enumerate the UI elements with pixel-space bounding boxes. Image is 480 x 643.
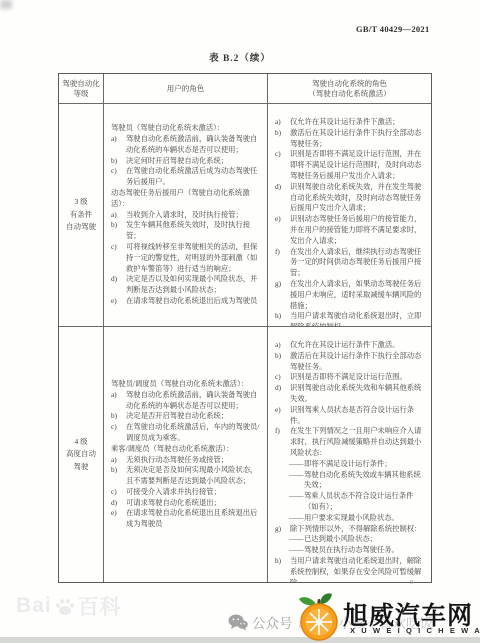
header-cell-system-role: 驾驶自动化系统的角色（驾驶自动化系统激活） [267, 74, 431, 103]
list-item-label: d) [111, 274, 126, 296]
list-item-label: e) [111, 296, 126, 307]
list-item: b)激活后在其设计运行条件下执行全部动态驾驶任务。 [275, 351, 426, 373]
list-item: ——驾驶自动化系统失效或车辆其他系统失效； [289, 470, 426, 492]
list-item-text: 在请求驾驶自动化系统退出且系统退出后成为驾驶员 [126, 508, 262, 530]
list-item-label: c) [275, 372, 290, 383]
list-item-label: a) [111, 455, 126, 466]
list-item-label: g) [275, 524, 290, 535]
list-item-label: f) [275, 426, 290, 458]
list-item-text: 识别是否即将不满足设计运行范围，并在即将不满足设计运行范围时，及时向动态驾驶任务… [290, 149, 426, 181]
list-item: g)在发出介入请求后，如果动态驾驶任务后援用户未响应，适时采取减缓车辆风险的措施… [275, 279, 426, 311]
list-item-text: 决定是否开启驾驶自动化系统； [126, 411, 262, 422]
list-item-label: e) [111, 508, 126, 530]
text-line: 自动驾驶 [66, 221, 96, 234]
list-item-text: 驾乘人员状态不符合设计运行条件（如有）； [304, 491, 426, 513]
list-item: d)识别驾驶自动化系统失效和车辆其他系统失效。 [275, 383, 426, 405]
list-item: c)可将视线转移至非驾驶相关的活动，但保持一定的警觉性，对明显的外部刺激（如救护… [111, 242, 262, 274]
list-item: ——驾驶员在执行动态驾驶任务。 [289, 545, 426, 556]
list-item-text: 识别动态驾驶任务后援用户的接管能力，并在用户的接管能力即将不满足要求时，发出介入… [290, 214, 426, 246]
list-item-label: a) [111, 134, 126, 156]
list-item-label: h) [275, 311, 290, 326]
list-item-label: d) [275, 182, 290, 214]
list-item: g)除下列情形以外，不得解除系统控制权： [275, 524, 426, 535]
list-item-text: 无须执行动态驾驶任务或接管； [126, 455, 262, 466]
user-role-cell-l4: 驾驶员/调度员（驾驶自动化系统未激活）：a)驾驶自动化系统激活前，确认装备驾驶自… [103, 327, 267, 582]
text-line: 有条件 [70, 209, 93, 222]
list-item-label: c) [275, 149, 290, 181]
list-item-label: —— [289, 513, 304, 524]
list-item: 驾驶员（驾驶自动化系统未激活）： [111, 123, 262, 134]
list-item: b)激活后在其设计运行条件下执行全部动态驾驶任务； [275, 128, 426, 150]
list-item-text: 驾驶自动化系统失效或车辆其他系统失效； [304, 470, 426, 492]
list-item-label: d) [111, 498, 126, 509]
list-item-text: 用户要求实现最小风险状态。 [304, 513, 426, 524]
list-item-label: —— [289, 545, 304, 556]
list-item: ——已达到最小风险状态； [289, 534, 426, 545]
standard-code: GB/T 40429—2021 [356, 24, 430, 34]
list-item: ——用户要求实现最小风险状态。 [289, 513, 426, 524]
list-item-text: 发生车辆其他系统失效时，及时执行接管； [126, 220, 262, 242]
list-item: c)识别是否即将不满足设计运行范围，并在即将不满足设计运行范围时，及时向动态驾驶… [275, 149, 426, 181]
list-item-label: b) [275, 351, 290, 373]
list-item: h)当用户请求驾驶自动化系统退出时，立即解除系统控制权 [275, 311, 426, 326]
list-item-text: 可接受介入请求并执行接管； [126, 487, 262, 498]
text-line: 4 级 [74, 436, 87, 449]
list-item: d)识别驾驶自动化系统失效，并在发生驾驶自动化系统失效时，及时向动态驾驶任务后援… [275, 182, 426, 214]
list-item-text: 即将不满足设计运行条件； [304, 459, 426, 470]
list-item-text: 除下列情形以外，不得解除系统控制权： [290, 524, 426, 535]
list-item-label: a) [111, 210, 126, 221]
list-item-text: 识别驾驶自动化系统失效，并在发生驾驶自动化系统失效时，及时向动态驾驶任务后援用户… [290, 182, 426, 214]
list-item: 乘客/调度员（驾驶自动化系统激活）： [111, 444, 262, 455]
level-cell-l3: 3 级有条件自动驾驶 [59, 104, 103, 326]
table-row-level4: 4 级高度自动驾驶 驾驶员/调度员（驾驶自动化系统未激活）：a)驾驶自动化系统激… [59, 326, 431, 582]
list-item-label: c) [111, 166, 126, 188]
list-item-text: 驾驶员在执行动态驾驶任务。 [304, 545, 426, 556]
list-item-label: —— [289, 470, 304, 492]
list-item: f)在发生下列情况之一且用户未响应介入请求时，执行风险减缓策略并自动达到最小风险… [275, 426, 426, 458]
list-item-label: —— [289, 459, 304, 470]
list-item-text: 无须决定是否及如何实现最小风险状态，且不需要判断是否达到最小风险状态； [126, 465, 262, 487]
list-item-label: b) [111, 220, 126, 242]
list-item-label: c) [111, 242, 126, 274]
driving-automation-table: 驾驶自动化等级 用户的角色 驾驶自动化系统的角色（驾驶自动化系统激活） 3 级有… [58, 73, 432, 583]
text-line: 驾驶 [74, 461, 89, 474]
paw-icon [54, 596, 76, 618]
list-item: b)决定何时开启驾驶自动化系统； [111, 156, 262, 167]
header-user-role-label: 用户的角色 [167, 84, 205, 94]
list-item-label: c) [111, 422, 126, 444]
list-item: a)驾驶自动化系统激活前，确认装备驾驶自动化系统的车辆状态是否可以使用； [111, 134, 262, 156]
list-item-text: 当收到介入请求时，及时执行接管； [126, 210, 262, 221]
list-item-text: 在请求驾驶自动化系统退出后成为驾驶员 [126, 296, 262, 307]
list-item: a)无须执行动态驾驶任务或接管； [111, 455, 262, 466]
list-item-text: 当用户请求驾驶自动化系统退出时，立即解除系统控制权 [290, 311, 426, 326]
list-item-label: e) [275, 405, 290, 427]
list-item: ——驾乘人员状态不符合设计运行条件（如有）； [289, 491, 426, 513]
list-item: ——即将不满足设计运行条件； [289, 459, 426, 470]
list-item-text: 驾驶自动化系统激活前，确认装备驾驶自动化系统的车辆状态是否可以使用； [126, 134, 262, 156]
list-item-text: 在发出介入请求后，继续执行动态驾驶任务一定的时间供动态驾驶任务后援用户接管； [290, 247, 426, 279]
list-item-label: h) [275, 556, 290, 582]
list-item-text: 仅允许在其设计运行条件下激活； [290, 117, 426, 128]
text-line: 驾驶自动化系统的角色 [312, 79, 387, 89]
list-item-label: b) [111, 411, 126, 422]
list-item-text: 识别驾乘人员状态是否符合设计运行条件。 [290, 405, 426, 427]
list-item-text: 当用户请求驾驶自动化系统退出时，解除系统控制权，如果存在安全风险可暂缓解除 [290, 556, 426, 582]
wechat-account-label: 公众号 [252, 612, 293, 632]
list-item: b)决定是否开启驾驶自动化系统； [111, 411, 262, 422]
list-item: a)驾驶自动化系统激活前，确认装备驾驶自动化系统的车辆状态是否可以使用； [111, 390, 262, 412]
page-number: 9 [410, 579, 413, 586]
list-item: a)仅允许在其设计运行条件下激活； [275, 117, 426, 128]
list-item: c)在驾驶自动化系统激活后成为动态驾驶任务后援用户。 [111, 166, 262, 188]
list-item: 驾驶员/调度员（驾驶自动化系统未激活）： [111, 379, 262, 390]
list-item: e)识别驾乘人员状态是否符合设计运行条件。 [275, 405, 426, 427]
list-item-text: 在发出介入请求后，如果动态驾驶任务后援用户未响应，适时采取减缓车辆风险的措施； [290, 279, 426, 311]
list-item-label: e) [275, 214, 290, 246]
list-item-text: 激活后在其设计运行条件下执行全部动态驾驶任务。 [290, 351, 426, 373]
list-item: c)识别是否即将不满足设计运行范围。 [275, 372, 426, 383]
level-cell-l4: 4 级高度自动驾驶 [59, 327, 103, 582]
list-item: d)可请求驾驶自动化系统退出； [111, 498, 262, 509]
list-item: a)当收到介入请求时，及时执行接管； [111, 210, 262, 221]
list-item-text: 在驾驶自动化系统激活后成为动态驾驶任务后援用户。 [126, 166, 262, 188]
baidu-baike-watermark: Bai 百科 [16, 591, 122, 621]
list-item-text: 可请求驾驶自动化系统退出； [126, 498, 262, 509]
table-row-level3: 3 级有条件自动驾驶 驾驶员（驾驶自动化系统未激活）：a)驾驶自动化系统激活前，… [59, 103, 431, 326]
list-item: 动态驾驶任务后援用户（驾驶自动化系统激活）： [111, 188, 262, 210]
list-item-text: 决定何时开启驾驶自动化系统； [126, 156, 262, 167]
baidu-watermark-suffix: 百科 [78, 591, 122, 621]
list-item-label: a) [275, 117, 290, 128]
table-title: 表 B.2（续） [0, 50, 480, 64]
text-line: 等级 [74, 89, 89, 99]
list-item: h)当用户请求驾驶自动化系统退出时，解除系统控制权，如果存在安全风险可暂缓解除 [275, 556, 426, 582]
baidu-watermark-prefix: Bai [16, 594, 52, 618]
list-item-label: b) [111, 465, 126, 487]
wechat-watermark: 公众号 [228, 612, 293, 632]
list-item-label: g) [275, 279, 290, 311]
list-item-label: b) [111, 156, 126, 167]
list-item: b)无须决定是否及如何实现最小风险状态，且不需要判断是否达到最小风险状态； [111, 465, 262, 487]
list-item: e)识别动态驾驶任务后援用户的接管能力，并在用户的接管能力即将不满足要求时，发出… [275, 214, 426, 246]
list-item-label: a) [111, 390, 126, 412]
orange-fruit-logo-icon [296, 592, 343, 642]
list-item: c)在驾驶自动化系统激活后，车内的驾驶员/调度员成为乘客。 [111, 422, 262, 444]
list-item-text: 已达到最小风险状态； [304, 534, 426, 545]
site-name-letters: X U W E I Q I C H E W A N G [350, 626, 480, 635]
table-header-row: 驾驶自动化等级 用户的角色 驾驶自动化系统的角色（驾驶自动化系统激活） [59, 74, 431, 103]
list-item-label: f) [275, 247, 290, 279]
list-item-text: 仅允许在其设计运行条件下激活。 [290, 340, 426, 351]
list-item-label: c) [111, 487, 126, 498]
list-item: b)发生车辆其他系统失效时，及时执行接管； [111, 220, 262, 242]
list-item: d)决定是否以及如何实现最小风险状态，并判断是否达到最小风险状态； [111, 274, 262, 296]
text-line: 3 级 [74, 196, 87, 209]
list-item-text: 在驾驶自动化系统激活后，车内的驾驶员/调度员成为乘客。 [126, 422, 262, 444]
list-item-text: 可将视线转移至非驾驶相关的活动，但保持一定的警觉性，对明显的外部刺激（如救护车警… [126, 242, 262, 274]
list-item: e)在请求驾驶自动化系统退出且系统退出后成为驾驶员 [111, 508, 262, 530]
list-item-text: 激活后在其设计运行条件下执行全部动态驾驶任务； [290, 128, 426, 150]
wechat-icon [228, 614, 248, 631]
list-item-label: —— [289, 534, 304, 545]
list-item-label: b) [275, 128, 290, 150]
text-line: 驾驶自动化 [62, 79, 100, 89]
scanned-document-page: GB/T 40429—2021 表 B.2（续） 驾驶自动化等级 用户的角色 驾… [0, 0, 480, 643]
list-item: c)可接受介入请求并执行接管； [111, 487, 262, 498]
system-role-cell-l3: a)仅允许在其设计运行条件下激活；b)激活后在其设计运行条件下执行全部动态驾驶任… [267, 104, 431, 326]
list-item-text: 在发生下列情况之一且用户未响应介入请求时，执行风险减缓策略并自动达到最小风险状态… [290, 426, 426, 458]
list-item-label: —— [289, 491, 304, 513]
system-role-cell-l4: a)仅允许在其设计运行条件下激活。b)激活后在其设计运行条件下执行全部动态驾驶任… [267, 327, 431, 582]
list-item: e)在请求驾驶自动化系统退出后成为驾驶员 [111, 296, 262, 307]
header-cell-level: 驾驶自动化等级 [59, 74, 103, 103]
list-item-text: 识别驾驶自动化系统失效和车辆其他系统失效。 [290, 383, 426, 405]
list-item-text: 驾驶自动化系统激活前，确认装备驾驶自动化系统的车辆状态是否可以使用； [126, 390, 262, 412]
header-cell-user-role: 用户的角色 [103, 74, 267, 103]
list-item: a)仅允许在其设计运行条件下激活。 [275, 340, 426, 351]
list-item-label: d) [275, 383, 290, 405]
text-line: （驾驶自动化系统激活） [308, 89, 391, 99]
scan-artifact [0, 0, 12, 9]
list-item-text: 决定是否以及如何实现最小风险状态，并判断是否达到最小风险状态； [126, 274, 262, 296]
text-line: 高度自动 [66, 448, 96, 461]
list-item: f)在发出介入请求后，继续执行动态驾驶任务一定的时间供动态驾驶任务后援用户接管； [275, 247, 426, 279]
list-item-text: 识别是否即将不满足设计运行范围。 [290, 372, 426, 383]
user-role-cell-l3: 驾驶员（驾驶自动化系统未激活）：a)驾驶自动化系统激活前，确认装备驾驶自动化系统… [103, 104, 267, 326]
list-item-label: a) [275, 340, 290, 351]
scan-edge-strip [0, 637, 480, 643]
